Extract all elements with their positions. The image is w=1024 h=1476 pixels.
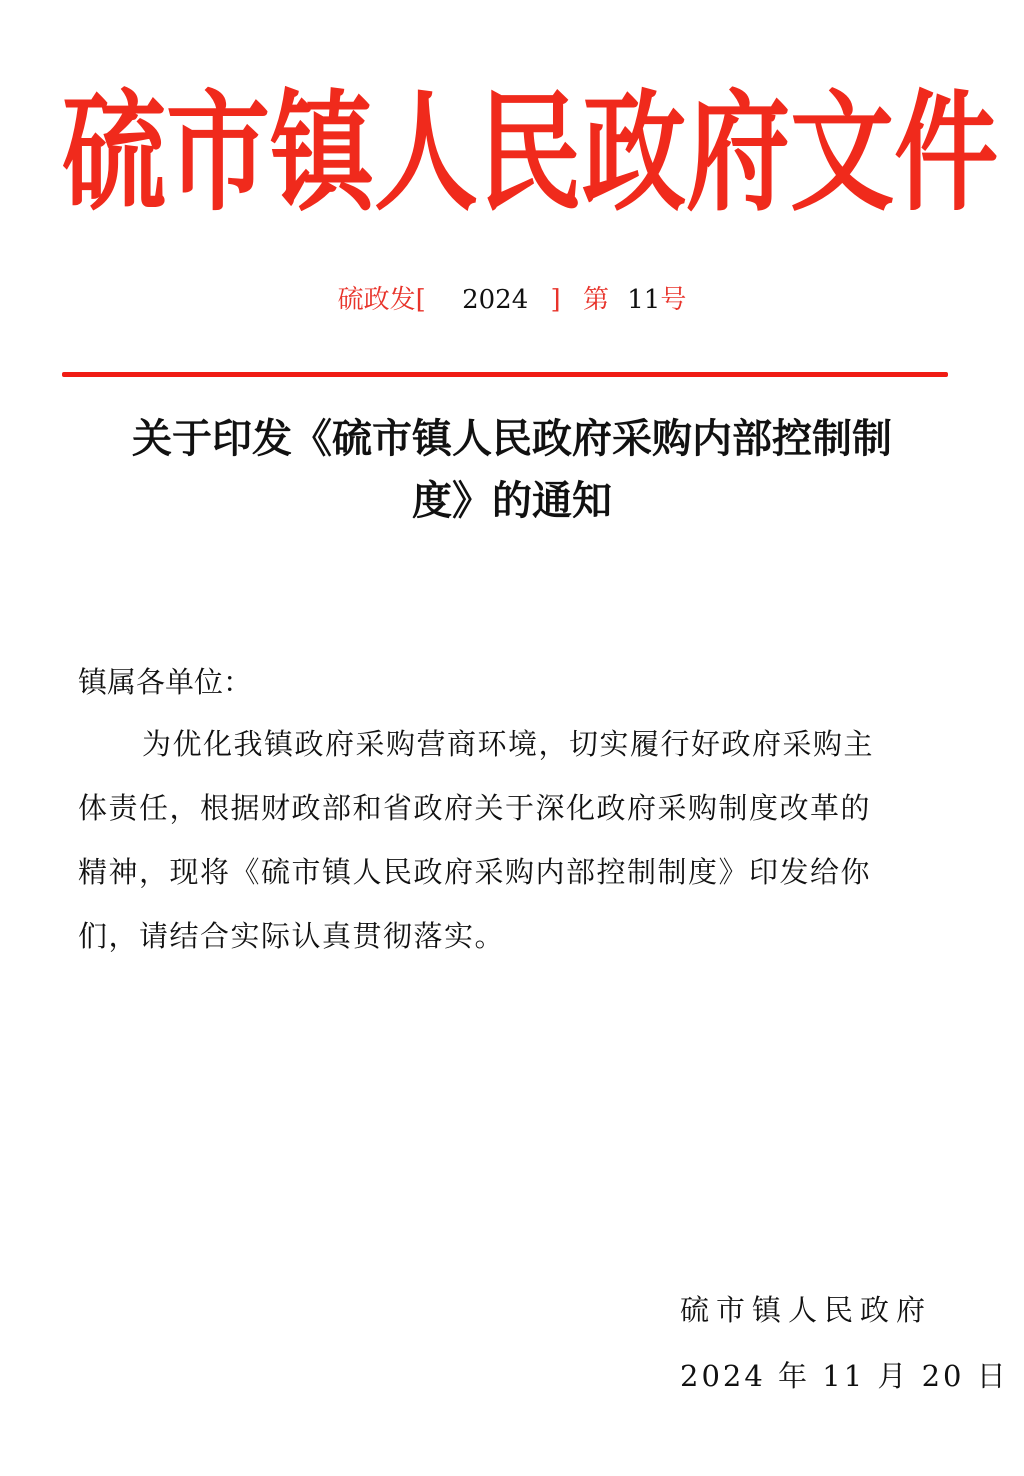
document-number: 硫政发[ 2024 ] 第 11号 [0, 278, 1024, 322]
issue-date: 2024 年 11 月 20 日 [680, 1354, 980, 1398]
doc-number-year: 2024 [462, 285, 528, 315]
body-line: 为优化我镇政府采购营商环境，切实履行好政府采购主 [78, 712, 946, 776]
document-page: 硫 市 镇 人 民 政 府 文 件 硫政发[ 2024 ] 第 11号 关于印发… [0, 0, 1024, 1476]
masthead-char: 府 [686, 59, 790, 247]
body-line: 体责任，根据财政部和省政府关于深化政府采购制度改革的 [78, 776, 946, 840]
masthead-char: 文 [790, 59, 894, 247]
salutation: 镇属各单位： [78, 660, 252, 704]
doc-number-prefix: 硫政发[ [338, 285, 426, 315]
notice-body: 为优化我镇政府采购营商环境，切实履行好政府采购主 体责任，根据财政部和省政府关于… [78, 712, 946, 968]
doc-number-hao: 号 [660, 285, 686, 315]
notice-title-line-1: 关于印发《硫市镇人民政府采购内部控制制 [70, 408, 954, 470]
masthead-char: 镇 [270, 59, 374, 247]
masthead-char: 硫 [62, 59, 166, 247]
masthead-char: 件 [894, 59, 998, 247]
notice-title: 关于印发《硫市镇人民政府采购内部控制制 度》的通知 [70, 408, 954, 532]
masthead-char: 政 [582, 59, 686, 247]
red-divider-line [62, 372, 948, 377]
doc-number-di: 第 [583, 285, 609, 315]
body-line: 精神，现将《硫市镇人民政府采购内部控制制度》印发给你 [78, 840, 946, 904]
notice-title-line-2: 度》的通知 [70, 470, 954, 532]
doc-number-value: 11 [627, 285, 660, 315]
issuer-signature: 硫市镇人民政府 [680, 1288, 960, 1332]
doc-number-close-bracket: ] [551, 285, 561, 315]
body-line: 们，请结合实际认真贯彻落实。 [78, 904, 946, 968]
masthead-char: 民 [478, 59, 582, 247]
masthead-title: 硫 市 镇 人 民 政 府 文 件 [62, 78, 948, 228]
masthead-char: 市 [166, 59, 270, 247]
masthead-char: 人 [374, 59, 478, 247]
